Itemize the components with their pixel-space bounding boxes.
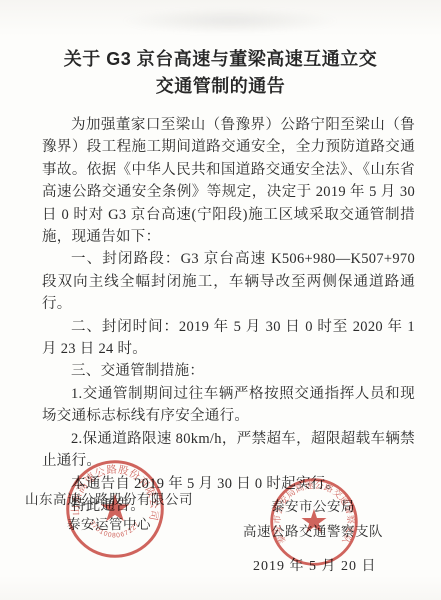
seal-left-serial: 3701008067227	[88, 520, 141, 540]
company-seal-icon: 山东高速公路股份有限公司 3701008067227	[63, 457, 167, 561]
notice-paragraph-intro: 为加强董家口至梁山（鲁豫界）公路宁阳至梁山（鲁豫界）段工程施工期间道路交通安全，…	[42, 114, 415, 248]
svg-text:3701008067227: 3701008067227	[88, 520, 141, 540]
notice-paragraph-item2: 二、封闭时间：2019 年 5 月 30 日 0 时至 2020 年 1 月 2…	[42, 316, 415, 361]
document-title-line1: 关于 G3 京台高速与董梁高速互通立交	[0, 46, 441, 73]
scan-artifact	[120, 8, 340, 34]
notice-document-page: 关于 G3 京台高速与董梁高速互通立交 交通管制的通告 为加强董家口至梁山（鲁豫…	[0, 0, 441, 600]
document-title-line2: 交通管制的通告	[0, 73, 441, 100]
notice-paragraph-measure1: 1.交通管制期间过往车辆严格按照交通指挥人员和现场交通标志标线有序安全通行。	[42, 383, 415, 428]
notice-paragraph-item3: 三、交通管制措施：	[42, 360, 415, 382]
notice-paragraph-item1: 一、封闭路段：G3 京台高速 K506+980—K507+970 段双向主线全幅…	[42, 248, 415, 315]
seal-star-icon	[301, 509, 326, 533]
seal-star-icon	[101, 494, 130, 521]
police-seal-icon: 泰安市公安局高速公路交通警察支队	[267, 475, 361, 569]
document-title: 关于 G3 京台高速与董梁高速互通立交 交通管制的通告	[0, 46, 441, 100]
